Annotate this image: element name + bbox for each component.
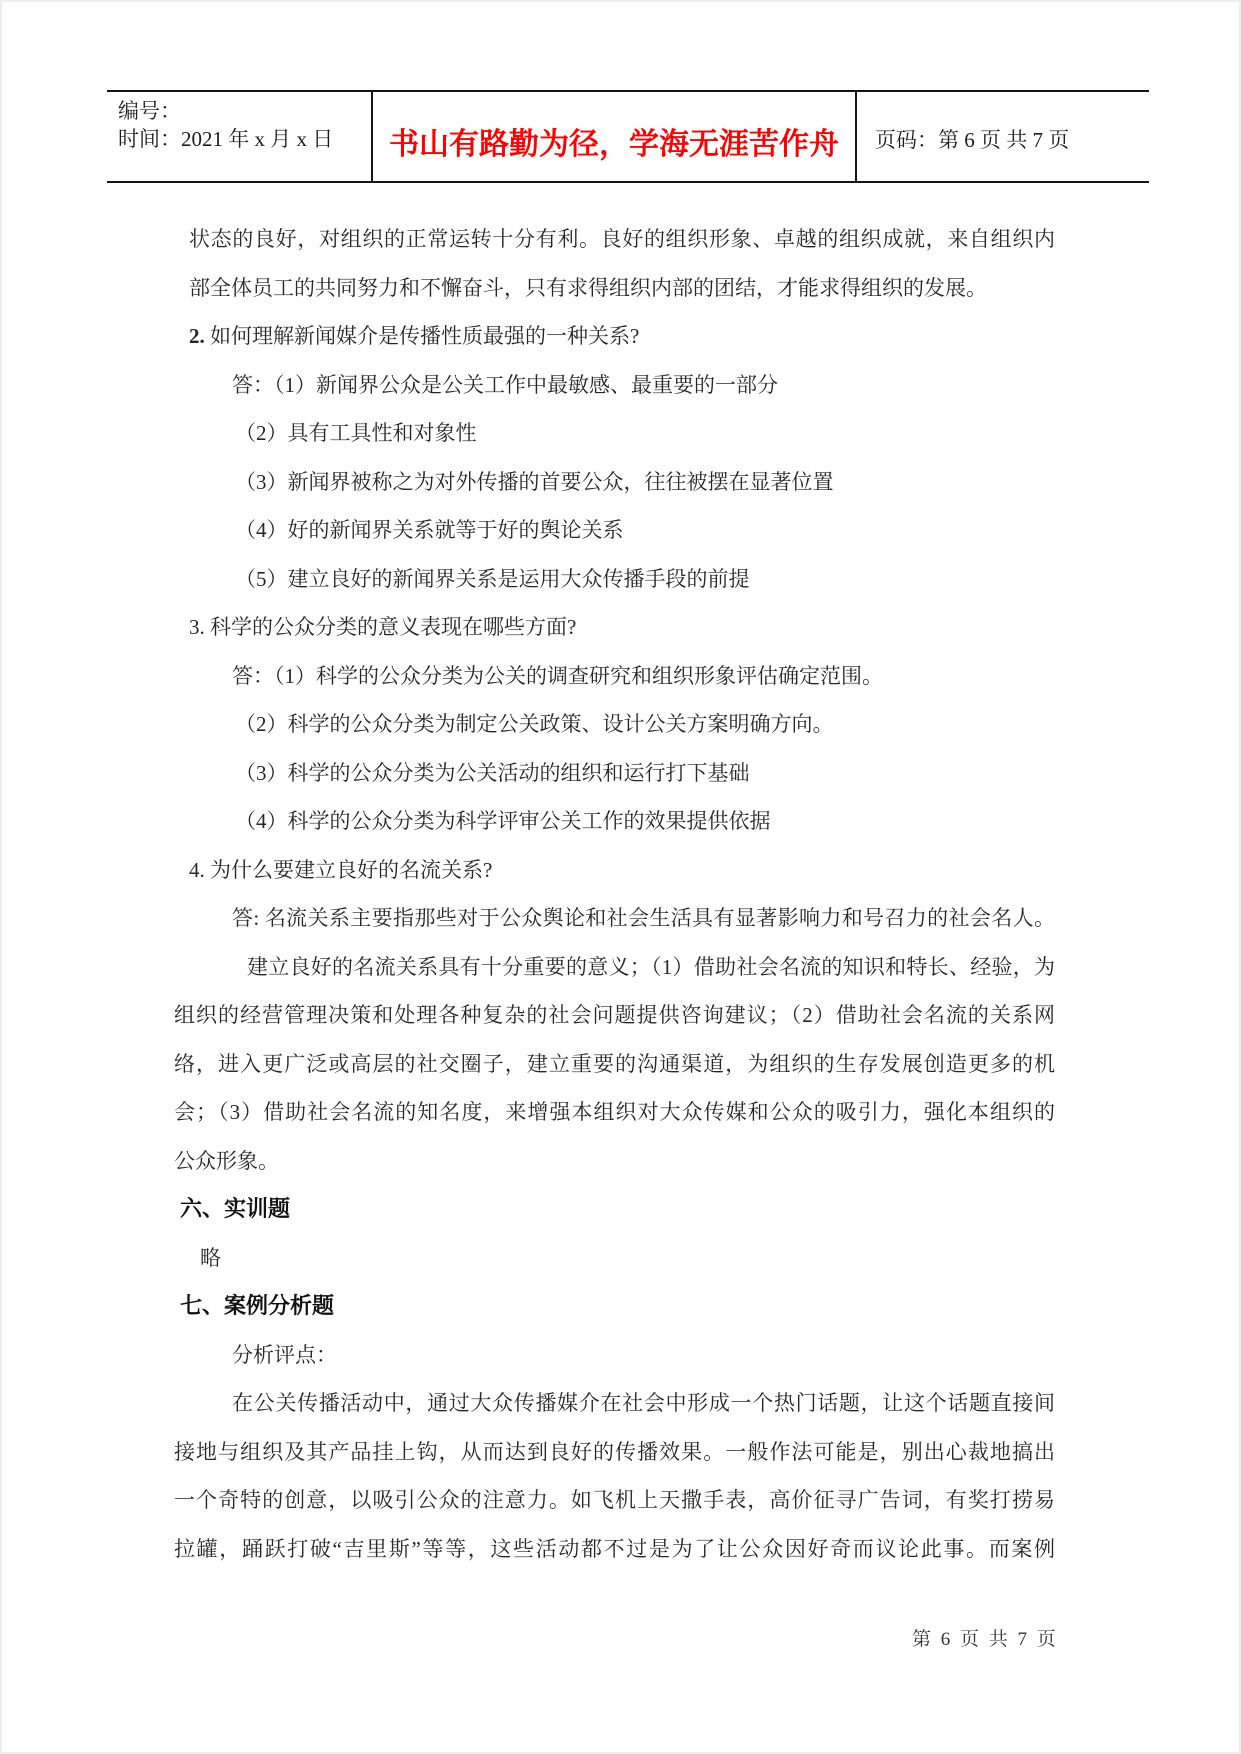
header-page-info: 页码：第 6 页 共 7 页 [875,124,1069,154]
document-page: 编号： 时间：2021 年 x 月 x 日 书山有路勤为径，学海无涯苦作舟 页码… [0,0,1241,1754]
text-line: （2）科学的公众分类为制定公关政策、设计公关方案明确方向。 [174,700,1055,749]
text-line: 六、实训题 [174,1185,1055,1234]
text-line: 分析评点： [174,1331,1055,1380]
doc-time-label: 时间：2021 年 x 月 x 日 [118,125,371,153]
text-line: 一个奇特的创意，以吸引公众的注意力。如飞机上天撒手表，高价征寻广告词，有奖打捞易 [174,1476,1055,1525]
text-line: 会；（3）借助社会名流的知名度，来增强本组织对大众传媒和公众的吸引力，强化本组织… [174,1088,1055,1137]
doc-number-label: 编号： [118,97,371,125]
question-number: 2. [189,324,205,348]
header-page-cell: 页码：第 6 页 共 7 页 [857,92,1149,181]
header-slogan-cell: 书山有路勤为径，学海无涯苦作舟 [371,92,857,181]
footer-page-number: 第 6 页 共 7 页 [912,1628,1058,1652]
text-line: 部全体员工的共同努力和不懈奋斗，只有求得组织内部的团结，才能求得组织的发展。 [174,264,1055,313]
text-line: 答: 名流关系主要指那些对于公众舆论和社会生活具有显著影响力和号召力的社会名人。 [174,894,1055,943]
text-line: （4）科学的公众分类为科学评审公关工作的效果提供依据 [174,797,1055,846]
text-line: 答：（1）科学的公众分类为公关的调查研究和组织形象评估确定范围。 [174,652,1055,701]
text-line: 组织的经营管理决策和处理各种复杂的社会问题提供咨询建议；（2）借助社会名流的关系… [174,991,1055,1040]
text-line: 公众形象。 [174,1137,1055,1186]
text-line: 建立良好的名流关系具有十分重要的意义；（1）借助社会名流的知识和特长、经验，为 [174,943,1055,992]
header-meta-cell: 编号： 时间：2021 年 x 月 x 日 [107,92,371,181]
text-line: （4）好的新闻界关系就等于好的舆论关系 [174,506,1055,555]
text-line: 接地与组织及其产品挂上钩，从而达到良好的传播效果。一般作法可能是，别出心裁地搞出 [174,1428,1055,1477]
text-line: 拉罐，踊跃打破“吉里斯”等等，这些活动都不过是为了让公众因好奇而议论此事。而案例 [174,1525,1055,1574]
text-line: 在公关传播活动中，通过大众传播媒介在社会中形成一个热门话题，让这个话题直接间 [174,1379,1055,1428]
header-slogan: 书山有路勤为径，学海无涯苦作舟 [389,119,839,163]
text-line: 略 [174,1234,1055,1283]
question-number: 4. [189,858,205,882]
body-text: 状态的良好，对组织的正常运转十分有利。良好的组织形象、卓越的组织成就，来自组织内… [174,215,1055,1573]
text-line: （5）建立良好的新闻界关系是运用大众传播手段的前提 [174,555,1055,604]
text-line: 七、案例分析题 [174,1282,1055,1331]
text-line: （3）科学的公众分类为公关活动的组织和运行打下基础 [174,749,1055,798]
text-line: 状态的良好，对组织的正常运转十分有利。良好的组织形象、卓越的组织成就，来自组织内 [174,215,1055,264]
text-line: 答：（1）新闻界公众是公关工作中最敏感、最重要的一部分 [174,361,1055,410]
text-line: （2）具有工具性和对象性 [174,409,1055,458]
text-line: （3）新闻界被称之为对外传播的首要公众，往往被摆在显著位置 [174,458,1055,507]
text-line: 2. 如何理解新闻媒介是传播性质最强的一种关系? [174,312,1055,361]
page-header-table: 编号： 时间：2021 年 x 月 x 日 书山有路勤为径，学海无涯苦作舟 页码… [107,90,1149,183]
text-line: 络，进入更广泛或高层的社交圈子，建立重要的沟通渠道，为组织的生存发展创造更多的机 [174,1040,1055,1089]
question-number: 3. [189,615,205,639]
text-line: 4. 为什么要建立良好的名流关系? [174,846,1055,895]
text-line: 3. 科学的公众分类的意义表现在哪些方面? [174,603,1055,652]
